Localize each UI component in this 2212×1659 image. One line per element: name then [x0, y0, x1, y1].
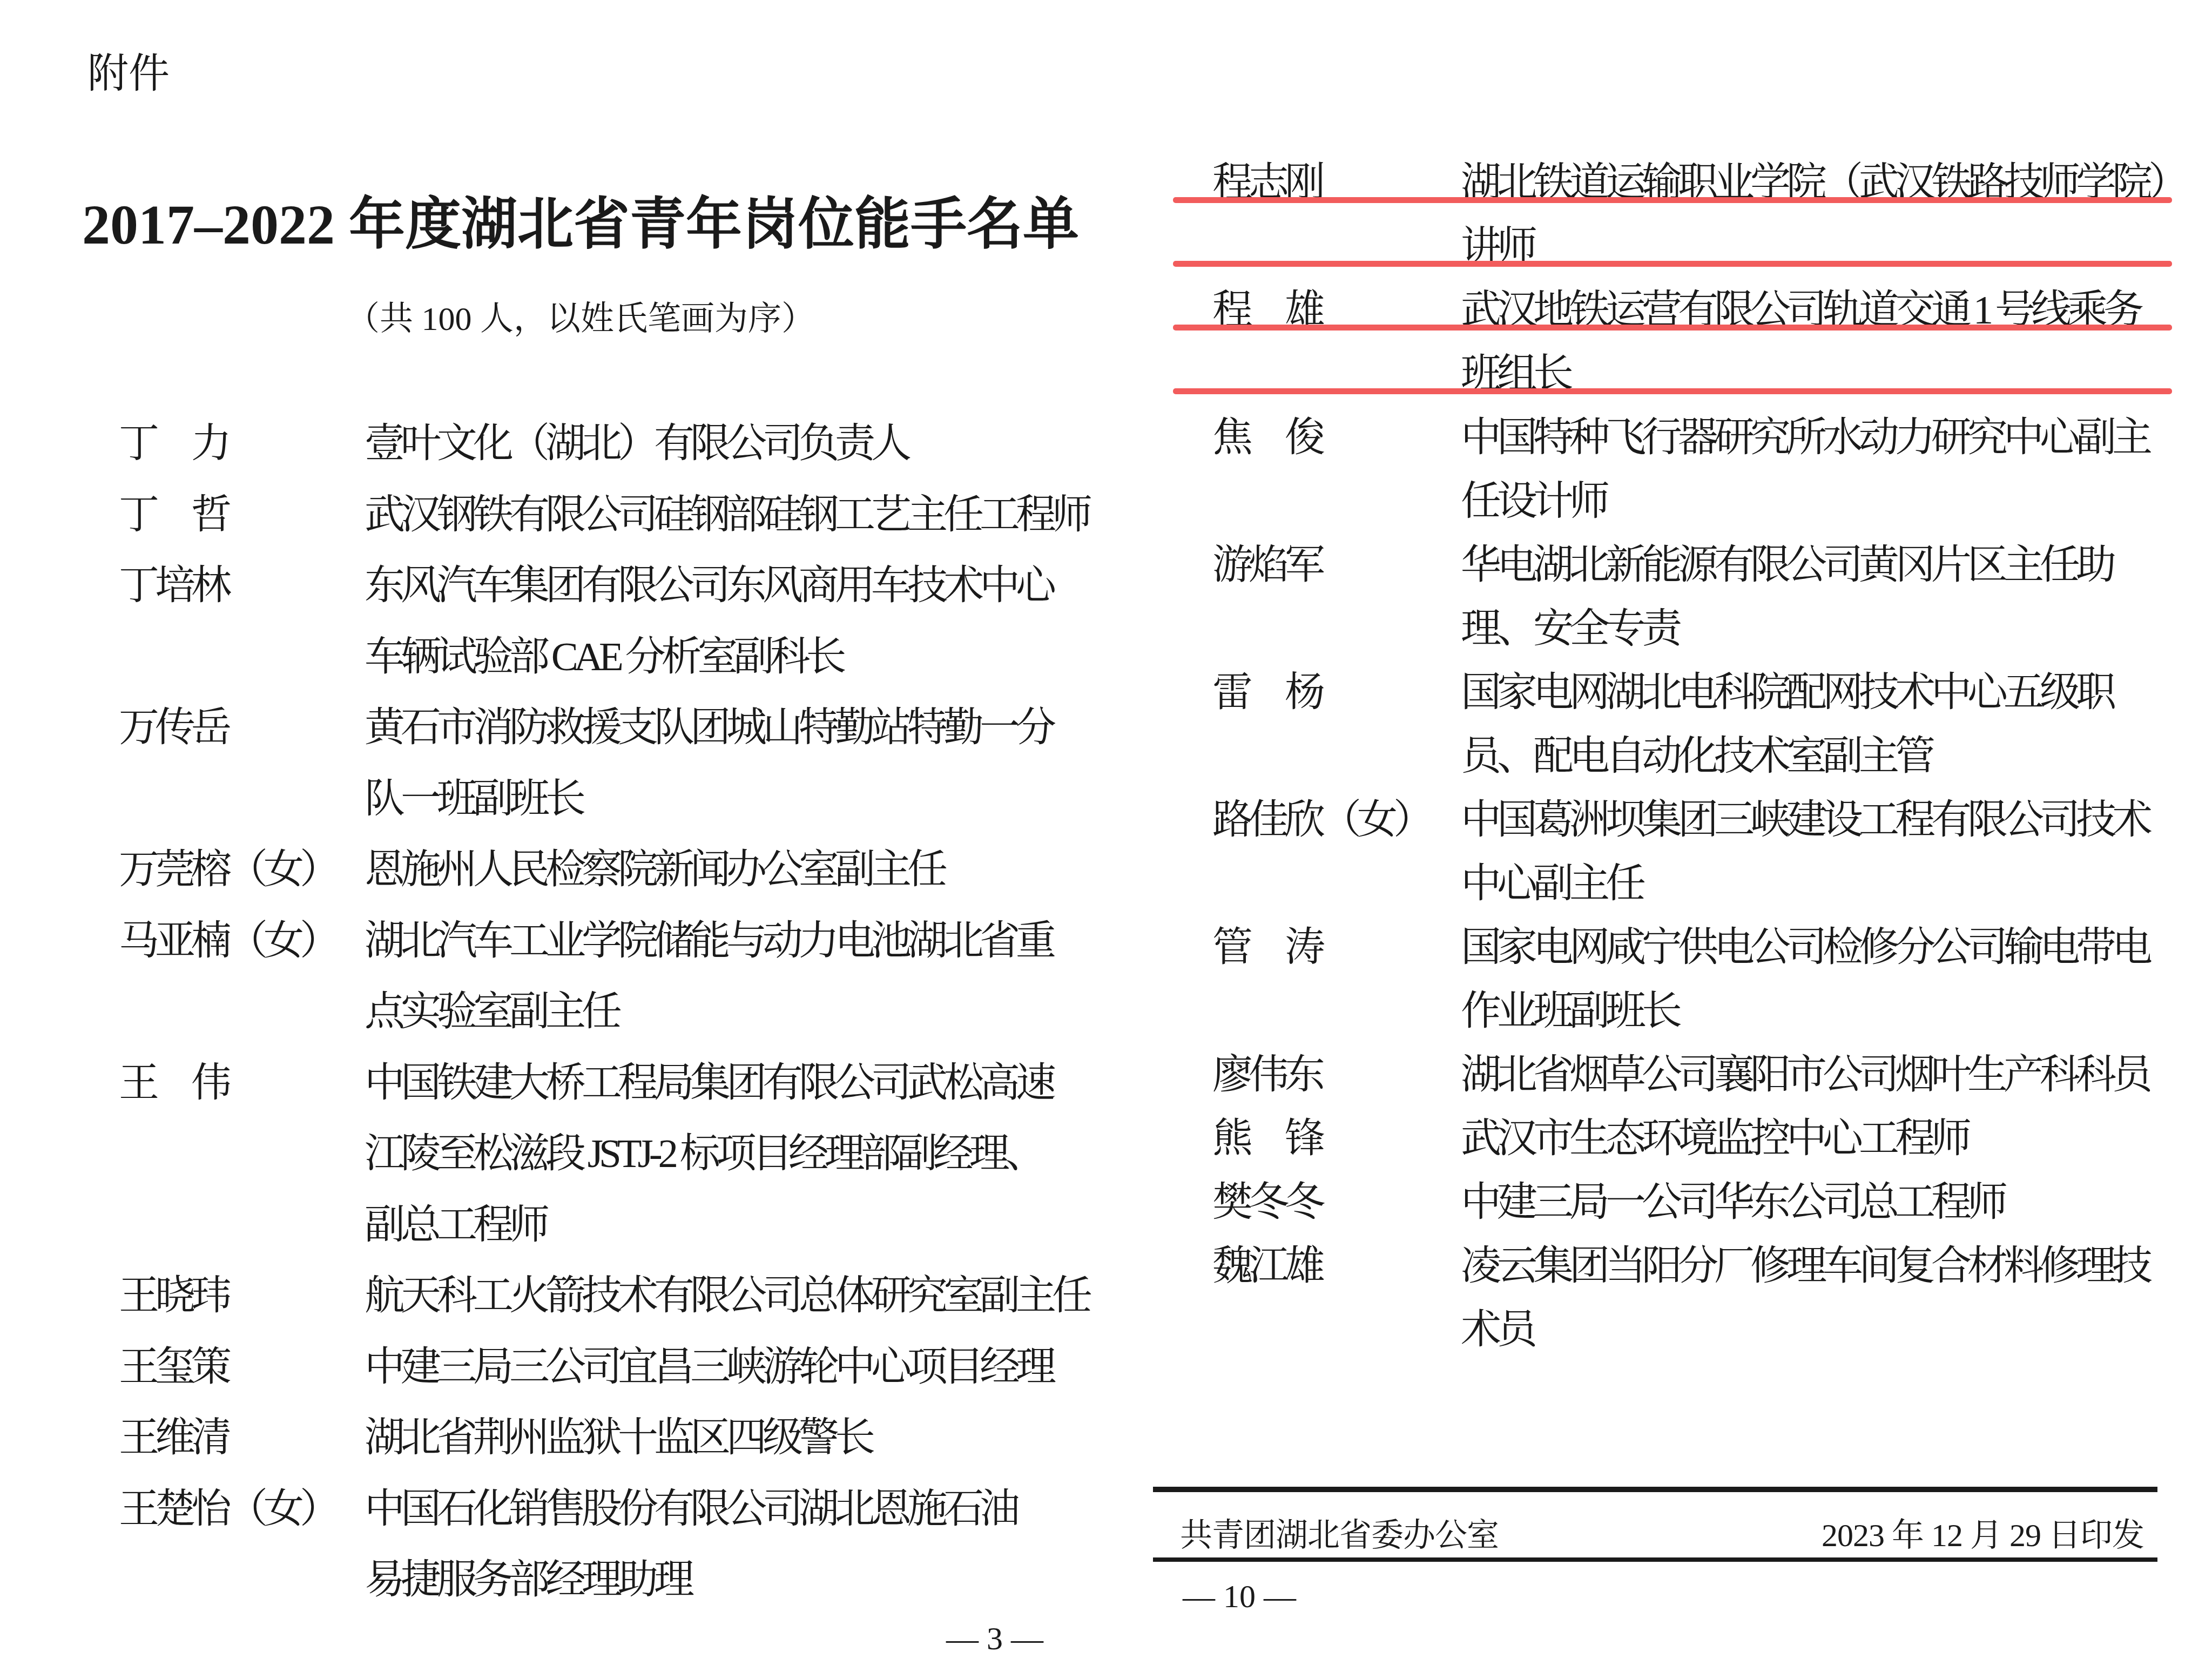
list-entry-row: 中心副主任 — [1156, 852, 2212, 915]
person-name: 万传岳 — [119, 707, 365, 748]
person-name: 焦 俊 — [1212, 417, 1461, 458]
list-entry-row: 管 涛国家电网咸宁供电公司检修分公司输电带电 — [1156, 915, 2212, 979]
person-position: 湖北省烟草公司襄阳市公司烟叶生产科科员 — [1461, 1055, 2148, 1095]
list-entry-row: 万莞榕（女）恩施州人民检察院新闻办公室副主任 — [119, 834, 1145, 906]
list-entry-row: 樊冬冬中建三局一公司华东公司总工程师 — [1156, 1170, 2212, 1234]
print-date: 2023 年 12 月 29 日印发 — [1822, 1509, 2144, 1556]
person-name: 马亚楠（女） — [119, 921, 365, 961]
person-position: 江陵至松滋段 JSTJ-2 标项目经理部副经理、 — [365, 1134, 1042, 1174]
person-name: 丁 力 — [119, 423, 365, 464]
person-name: 廖伟东 — [1212, 1055, 1461, 1095]
person-position: 壹叶文化（湖北）有限公司负责人 — [365, 423, 907, 464]
person-position: 理、安全专责 — [1461, 609, 1678, 649]
list-entry-row: 点实验室副主任 — [119, 976, 1145, 1048]
list-entry-row: 讲师 — [1156, 214, 2212, 278]
person-position: 点实验室副主任 — [365, 992, 618, 1032]
list-entry-row: 游焰军华电湖北新能源有限公司黄冈片区主任助 — [1156, 533, 2212, 597]
person-name: 万莞榕（女） — [119, 849, 365, 890]
person-position: 中国石化销售股份有限公司湖北恩施石油 — [365, 1489, 1016, 1529]
person-position: 中建三局一公司华东公司总工程师 — [1461, 1182, 2004, 1223]
person-position: 湖北汽车工业学院储能与动力电池湖北省重 — [365, 921, 1052, 961]
list-entry-row: 王 伟中国铁建大桥工程局集团有限公司武松高速 — [119, 1048, 1145, 1119]
page-number-left: — 3 — — [946, 1620, 1043, 1657]
person-position: 易捷服务部经理助理 — [365, 1560, 690, 1600]
person-position: 湖北省荆州监狱十监区四级警长 — [365, 1418, 871, 1458]
person-position: 任设计师 — [1461, 481, 1606, 522]
person-name: 游焰军 — [1212, 545, 1461, 585]
list-entry-row: 队一班副班长 — [119, 764, 1145, 835]
person-position: 航天科工火箭技术有限公司总体研究室副主任 — [365, 1276, 1088, 1316]
list-entry-row: 任设计师 — [1156, 469, 2212, 533]
list-entry-row: 丁 哲武汉钢铁有限公司硅钢部硅钢工艺主任工程师 — [119, 480, 1145, 551]
right-page-name-list: 程志刚湖北铁道运输职业学院（武汉铁路技师学院）讲师程 雄武汉地铁运营有限公司轨道… — [1156, 151, 2212, 1361]
list-entry-row: 作业班副班长 — [1156, 979, 2212, 1043]
person-name: 雷 杨 — [1212, 672, 1461, 713]
list-entry-row: 理、安全专责 — [1156, 597, 2212, 660]
person-position: 术员 — [1461, 1310, 1533, 1350]
list-entry-row: 廖伟东湖北省烟草公司襄阳市公司烟叶生产科科员 — [1156, 1043, 2212, 1107]
list-entry-row: 王晓玮航天科工火箭技术有限公司总体研究室副主任 — [119, 1260, 1145, 1332]
person-position: 中国特种飞行器研究所水动力研究中心副主 — [1461, 417, 2148, 458]
person-name: 丁 哲 — [119, 495, 365, 535]
list-entry-row: 路佳欣（女）中国葛洲坝集团三峡建设工程有限公司技术 — [1156, 788, 2212, 852]
list-entry-row: 术员 — [1156, 1298, 2212, 1361]
list-entry-row: 王楚怡（女）中国石化销售股份有限公司湖北恩施石油 — [119, 1474, 1145, 1545]
person-position: 恩施州人民检察院新闻办公室副主任 — [365, 849, 943, 890]
person-position: 作业班副班长 — [1461, 991, 1678, 1031]
list-entry-row: 车辆试验部 CAE 分析室副科长 — [119, 622, 1145, 693]
list-entry-row: 魏江雄凌云集团当阳分厂修理车间复合材料修理技 — [1156, 1234, 2212, 1298]
list-entry-row: 丁 力壹叶文化（湖北）有限公司负责人 — [119, 408, 1145, 480]
person-position: 车辆试验部 CAE 分析室副科长 — [365, 637, 842, 677]
person-position: 副总工程师 — [365, 1205, 545, 1245]
person-name: 路佳欣（女） — [1212, 800, 1461, 840]
red-underline-mark — [1173, 388, 2172, 394]
list-entry-row: 丁培林东风汽车集团有限公司东风商用车技术中心 — [119, 550, 1145, 622]
person-position: 队一班副班长 — [365, 779, 582, 819]
red-underline-mark — [1173, 325, 2172, 331]
list-entry-row: 班组长 — [1156, 342, 2212, 406]
document-spread: 附件 2017–2022 年度湖北省青年岗位能手名单 （共 100 人，以姓氏笔… — [0, 0, 2212, 1659]
list-entry-row: 程志刚湖北铁道运输职业学院（武汉铁路技师学院） — [1156, 151, 2212, 214]
page-number-right: — 10 — — [1183, 1578, 1296, 1615]
document-title: 2017–2022 年度湖北省青年岗位能手名单 — [76, 195, 1085, 254]
person-position: 武汉钢铁有限公司硅钢部硅钢工艺主任工程师 — [365, 495, 1088, 535]
person-position: 中心副主任 — [1461, 864, 1642, 904]
list-entry-row: 副总工程师 — [119, 1190, 1145, 1261]
person-position: 员、配电自动化技术室副主管 — [1461, 736, 1931, 777]
person-position: 武汉市生态环境监控中心工程师 — [1461, 1118, 1967, 1159]
person-position: 华电湖北新能源有限公司黄冈片区主任助 — [1461, 545, 2112, 585]
person-position: 黄石市消防救援支队团城山特勤站特勤一分 — [365, 707, 1052, 748]
person-name: 管 涛 — [1212, 927, 1461, 968]
list-entry-row: 王玺策中建三局三公司宜昌三峡游轮中心项目经理 — [119, 1332, 1145, 1403]
issuing-office: 共青团湖北省委办公室 — [1180, 1509, 1499, 1556]
person-name: 樊冬冬 — [1212, 1182, 1461, 1223]
person-position: 中国葛洲坝集团三峡建设工程有限公司技术 — [1461, 800, 2148, 840]
list-entry-row: 雷 杨国家电网湖北电科院配网技术中心五级职 — [1156, 660, 2212, 724]
attachment-label: 附件 — [87, 52, 170, 97]
person-name: 王 伟 — [119, 1063, 365, 1103]
list-entry-row: 员、配电自动化技术室副主管 — [1156, 724, 2212, 788]
person-name: 王玺策 — [119, 1347, 365, 1387]
person-position: 国家电网湖北电科院配网技术中心五级职 — [1461, 672, 2112, 713]
colophon-bottom-rule — [1153, 1557, 2157, 1562]
document-subtitle: （共 100 人，以姓氏笔画为序） — [76, 292, 1085, 340]
list-entry-row: 程 雄武汉地铁运营有限公司轨道交通 1 号线乘务 — [1156, 278, 2212, 342]
list-entry-row: 王维清湖北省荆州监狱十监区四级警长 — [119, 1402, 1145, 1474]
person-position: 凌云集团当阳分厂修理车间复合材料修理技 — [1461, 1246, 2148, 1286]
colophon-top-rule — [1153, 1487, 2157, 1492]
person-name: 熊 锋 — [1212, 1118, 1461, 1159]
list-entry-row: 熊 锋武汉市生态环境监控中心工程师 — [1156, 1107, 2212, 1170]
list-entry-row: 万传岳黄石市消防救援支队团城山特勤站特勤一分 — [119, 692, 1145, 764]
list-entry-row: 马亚楠（女）湖北汽车工业学院储能与动力电池湖北省重 — [119, 906, 1145, 977]
person-position: 中建三局三公司宜昌三峡游轮中心项目经理 — [365, 1347, 1052, 1387]
person-position: 中国铁建大桥工程局集团有限公司武松高速 — [365, 1063, 1052, 1103]
person-position: 东风汽车集团有限公司东风商用车技术中心 — [365, 565, 1052, 606]
list-entry-row: 江陵至松滋段 JSTJ-2 标项目经理部副经理、 — [119, 1118, 1145, 1190]
person-name: 魏江雄 — [1212, 1246, 1461, 1286]
person-name: 王晓玮 — [119, 1276, 365, 1316]
person-position: 国家电网咸宁供电公司检修分公司输电带电 — [1461, 927, 2148, 968]
person-name: 王楚怡（女） — [119, 1489, 365, 1529]
colophon: 共青团湖北省委办公室 2023 年 12 月 29 日印发 — [1153, 1509, 2157, 1556]
left-page-name-list: 丁 力壹叶文化（湖北）有限公司负责人丁 哲武汉钢铁有限公司硅钢部硅钢工艺主任工程… — [119, 408, 1145, 1616]
list-entry-row: 焦 俊中国特种飞行器研究所水动力研究中心副主 — [1156, 406, 2212, 469]
person-name: 丁培林 — [119, 565, 365, 606]
red-underline-mark — [1173, 197, 2172, 203]
red-underline-mark — [1173, 261, 2172, 267]
list-entry-row: 易捷服务部经理助理 — [119, 1545, 1145, 1616]
person-name: 王维清 — [119, 1418, 365, 1458]
